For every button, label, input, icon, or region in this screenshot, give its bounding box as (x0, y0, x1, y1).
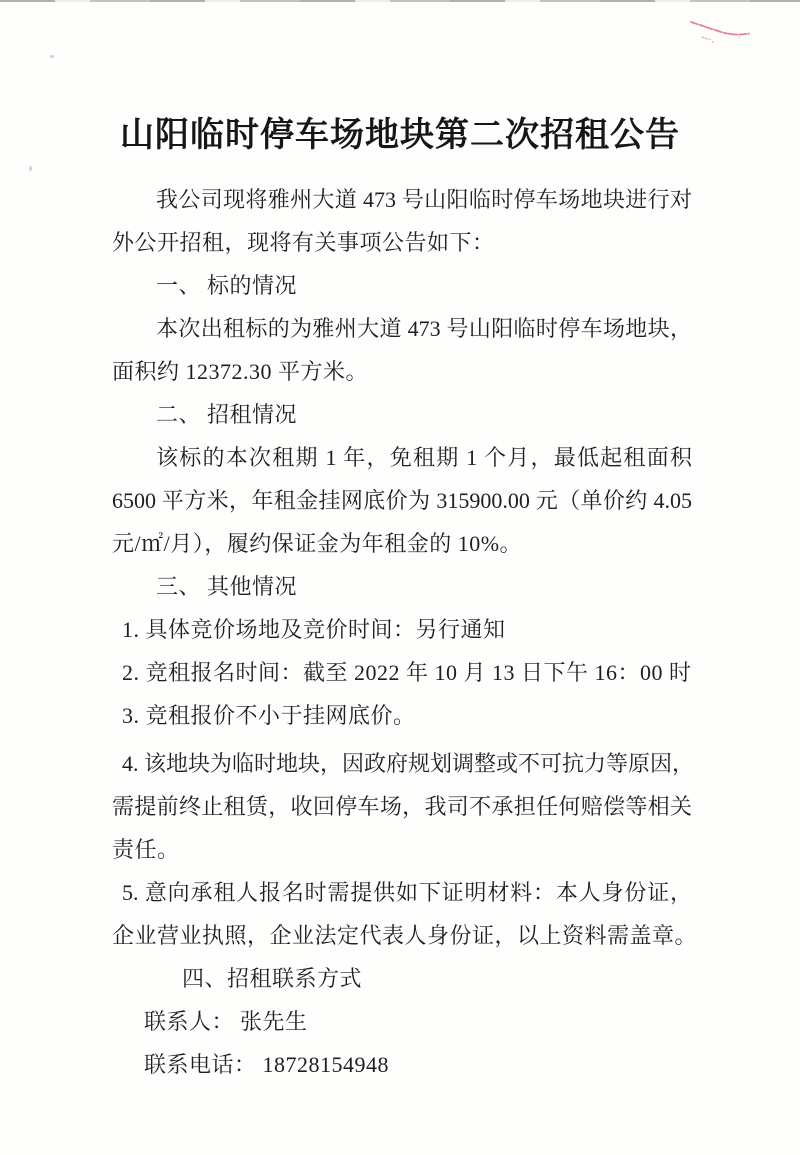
scan-speck (50, 55, 54, 58)
list-item-4-line: 4. 该地块为临时地块，因政府规划调整或不可抗力等原因， (112, 742, 692, 785)
paragraph-terms-line: 元/㎡/月），履约保证金为年租金的 10%。 (112, 522, 692, 565)
list-item-1: 1. 具体竞价场地及竞价时间：另行通知 (112, 608, 692, 651)
document-body: 我公司现将雅州大道 473 号山阳临时停车场地块进行对 外公开招租，现将有关事项… (112, 178, 692, 1086)
paragraph-intro-line: 外公开招租，现将有关事项公告如下： (112, 221, 692, 264)
scanner-edge-artifact (0, 0, 800, 2)
list-item-5-line: 5. 意向承租人报名时需提供如下证明材料：本人身份证， (112, 871, 692, 914)
paragraph-subject-line: 本次出租标的为雅州大道 473 号山阳临时停车场地块， (112, 307, 692, 350)
paragraph-intro-line: 我公司现将雅州大道 473 号山阳临时停车场地块进行对 (112, 178, 692, 221)
paragraph-terms-line: 该标的本次租期 1 年，免租期 1 个月，最低起租面积 (112, 436, 692, 479)
section-heading-1: 一、 标的情况 (112, 264, 692, 307)
section-heading-2: 二、 招租情况 (112, 393, 692, 436)
scanned-document-page: 山阳临时停车场地块第二次招租公告 我公司现将雅州大道 473 号山阳临时停车场地… (0, 0, 800, 1155)
contact-phone-line: 联系电话： 18728154948 (112, 1043, 692, 1086)
paragraph-terms-line: 6500 平方米，年租金挂网底价为 315900.00 元（单价约 4.05 (112, 479, 692, 522)
list-item-5-line: 企业营业执照，企业法定代表人身份证，以上资料需盖章。 (112, 914, 692, 957)
list-item-2: 2. 竞租报名时间：截至 2022 年 10 月 13 日下午 16：00 时 (112, 651, 692, 694)
list-item-4-line: 责任。 (112, 828, 692, 871)
section-heading-3: 三、 其他情况 (112, 565, 692, 608)
paragraph-subject-line: 面积约 12372.30 平方米。 (112, 350, 692, 393)
list-item-4-line: 需提前终止租赁，收回停车场，我司不承担任何赔偿等相关 (112, 785, 692, 828)
section-heading-4: 四、招租联系方式 (112, 957, 692, 1000)
red-pen-scribble (688, 16, 754, 48)
list-item-3: 3. 竞租报价不小于挂网底价。 (112, 694, 692, 737)
contact-person-line: 联系人： 张先生 (112, 1000, 692, 1043)
document-title: 山阳临时停车场地块第二次招租公告 (0, 0, 800, 160)
scan-speck (29, 166, 32, 171)
